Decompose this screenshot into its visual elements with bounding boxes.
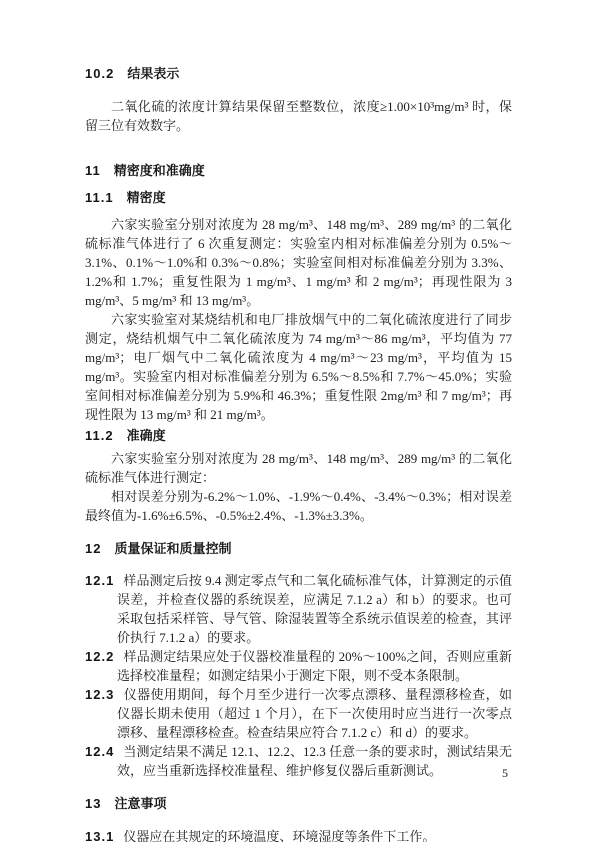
section-title: 质量保证和质量控制 [114, 541, 231, 556]
section-title: 结果表示 [127, 66, 179, 81]
section-number: 10.2 [85, 66, 114, 81]
document-page: 10.2结果表示 二氧化硫的浓度计算结果保留至整数位，浓度≥1.00×10³mg… [0, 0, 596, 842]
clause-number: 12.1 [85, 573, 114, 588]
section-title: 精密度和准确度 [114, 163, 205, 178]
heading-11-1: 11.1精密度 [85, 188, 512, 207]
section-number: 11.1 [85, 190, 114, 205]
clause-text: 样品测定后按 9.4 测定零点气和二氧化硫标准气体，计算测定的示值误差，并检查仪… [117, 573, 512, 645]
paragraph-precision-flue-gas: 六家实验室对某烧结机和电厂排放烟气中的二氧化硫浓度进行了同步测定，烧结机烟气中二… [85, 310, 512, 424]
paragraph-accuracy-errors: 相对误差分别为-6.2%～1.0%、-1.9%～0.4%、-3.4%～0.3%；… [85, 487, 512, 525]
clause-13-1: 13.1仪器应在其规定的环境温度、环境湿度等条件下工作。 [85, 827, 512, 842]
clause-text: 样品测定结果应处于仪器校准量程的 20%～100%之间，否则应重新选择校准量程；… [117, 649, 512, 683]
paragraph-result-expression: 二氧化硫的浓度计算结果保留至整数位，浓度≥1.00×10³mg/m³ 时，保留三… [85, 97, 512, 135]
page-number: 5 [502, 766, 508, 780]
heading-10-2: 10.2结果表示 [85, 64, 512, 83]
clause-12-3: 12.3仪器使用期间，每个月至少进行一次零点漂移、量程漂移检查，如仪器长期未使用… [85, 685, 512, 742]
heading-13: 13注意事项 [85, 794, 512, 813]
section-number: 13 [85, 796, 101, 811]
clause-number: 12.4 [85, 744, 114, 759]
section-number: 11.2 [85, 428, 114, 443]
clause-number: 12.3 [85, 687, 114, 702]
clause-number: 13.1 [85, 829, 114, 842]
clause-number: 12.2 [85, 649, 114, 664]
section-number: 12 [85, 541, 101, 556]
clause-12-1: 12.1样品测定后按 9.4 测定零点气和二氧化硫标准气体，计算测定的示值误差，… [85, 571, 512, 647]
paragraph-precision-standard-gas: 六家实验室分别对浓度为 28 mg/m³、148 mg/m³、289 mg/m³… [85, 215, 512, 310]
section-title: 精密度 [127, 190, 166, 205]
heading-11-2: 11.2准确度 [85, 426, 512, 445]
clause-text: 当测定结果不满足 12.1、12.2、12.3 任意一条的要求时，测试结果无效，… [117, 744, 512, 778]
section-number: 11 [85, 163, 101, 178]
section-title: 注意事项 [114, 796, 166, 811]
clause-text: 仪器应在其规定的环境温度、环境湿度等条件下工作。 [123, 829, 435, 842]
heading-12: 12质量保证和质量控制 [85, 539, 512, 558]
section-title: 准确度 [127, 428, 166, 443]
clause-12-4: 12.4当测定结果不满足 12.1、12.2、12.3 任意一条的要求时，测试结… [85, 742, 512, 780]
clause-text: 仪器使用期间，每个月至少进行一次零点漂移、量程漂移检查，如仪器长期未使用（超过 … [117, 687, 512, 740]
paragraph-accuracy-intro: 六家实验室分别对浓度为 28 mg/m³、148 mg/m³、289 mg/m³… [85, 449, 512, 487]
clause-12-2: 12.2样品测定结果应处于仪器校准量程的 20%～100%之间，否则应重新选择校… [85, 647, 512, 685]
heading-11: 11精密度和准确度 [85, 161, 512, 180]
